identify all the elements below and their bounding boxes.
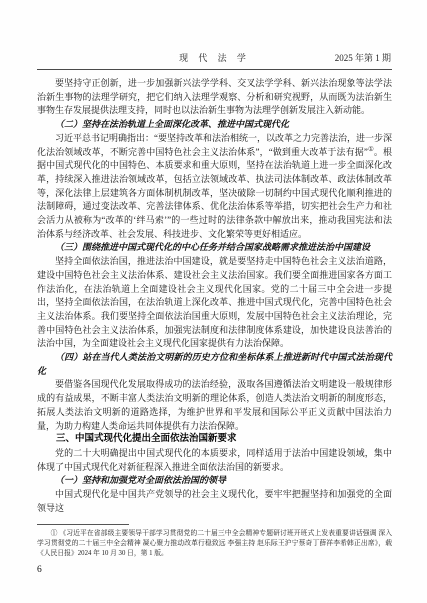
paragraph-2: 习近平总书记明确指出：“要坚持改革和法治相统一，以改革之力完善法治，进一步深化法… [37, 132, 392, 242]
journal-page: 现 代 法 学 2025 年第 1 期 要坚持守正创新，进一步加强新兴法学学科、… [0, 0, 427, 603]
footnote-1-marker: ① [51, 530, 58, 537]
subsection-heading-4: （四）站在当代人类法治文明新的历史方位和坐标体系上推进新时代中国式法治现代化 [37, 351, 392, 378]
subsection-heading-3: （三）围绕推进中国式现代化的中心任务并结合国家战略需求推进法治中国建设 [37, 241, 392, 255]
paragraph-2-text-before: 习近平总书记明确指出：“要坚持改革和法治相统一，以改革之力完善法治，进一步深化法… [37, 133, 392, 157]
page-header: 现 代 法 学 2025 年第 1 期 [37, 51, 392, 64]
paragraph-6: 中国式现代化是中国共产党领导的社会主义现代化，要牢牢把握坚持和加强党的全面领导这 [37, 488, 392, 515]
paragraph-3: 坚持全面依法治国，推进法治中国建设，就是要坚持走中国特色社会主义法治道路，建设中… [37, 255, 392, 351]
header-rule [37, 69, 392, 70]
paragraph-4: 要借鉴各国现代化发展取得成功的法治经验，汲取各国遵循法治文明建设一般规律形成的有… [37, 378, 392, 433]
paragraph-1: 要坚持守正创新，进一步加强新兴法学学科、交叉法学学科、新兴法治现象等法学法治新生… [37, 77, 392, 118]
paragraph-2-text-after: 。根据中国式现代化的中国特色、本质要求和重大原则，坚持在法治轨道上进一步全面深化… [37, 147, 392, 239]
section-heading-3: 三、中国式现代化提出全面依法治国新要求 [37, 433, 392, 447]
footnote-1: ① 《习近平在省部级主要领导干部学习贯彻党的二十届三中全会精神专题研讨班开班式上… [37, 529, 392, 560]
page-number: 6 [37, 565, 392, 575]
article-body: 要坚持守正创新，进一步加强新兴法学学科、交叉法学学科、新兴法治现象等法学法治新生… [37, 77, 392, 516]
footnote-block: ① 《习近平在省部级主要领导干部学习贯彻党的二十届三中全会精神专题研讨班开班式上… [37, 529, 392, 560]
footnote-1-text: 《习近平在省部级主要领导干部学习贯彻党的二十届三中全会精神专题研讨班开班式上发表… [37, 530, 392, 557]
footnote-separator [37, 524, 129, 525]
subsection-heading-1: （一）坚持和加强党对全面依法治国的领导 [37, 474, 392, 488]
issue-label: 2025 年第 1 期 [335, 51, 391, 64]
subsection-heading-2: （二）坚持在法治轨道上全面深化改革、推进中国式现代化 [37, 118, 392, 132]
paragraph-5: 党的二十大明确提出中国式现代化的本质要求，同样适用于法治中国建设领域，集中体现了… [37, 447, 392, 474]
